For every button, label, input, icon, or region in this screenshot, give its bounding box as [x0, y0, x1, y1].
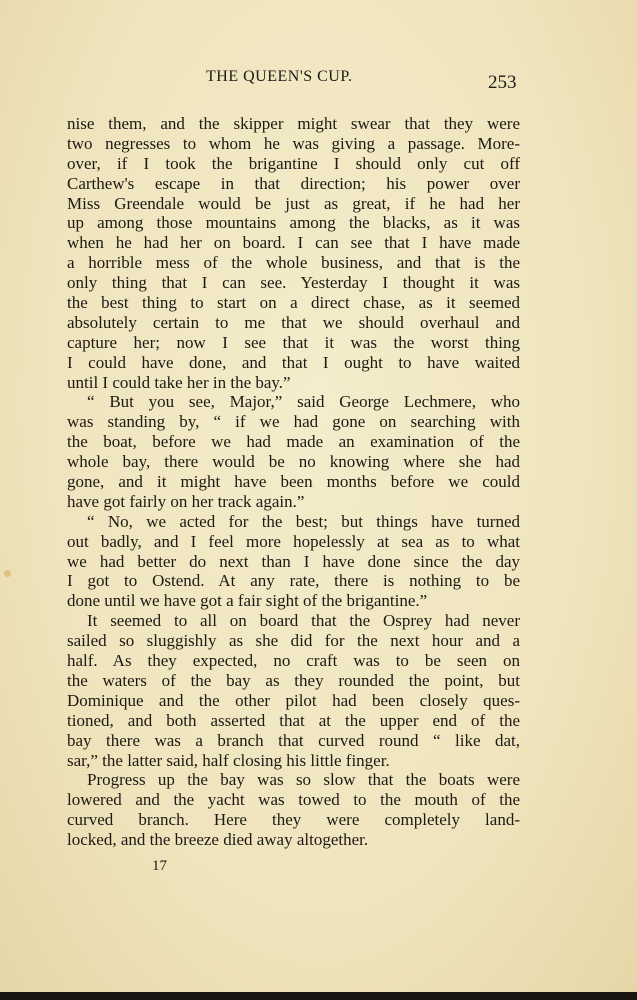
- text-line: two negresses to whom he was giving a pa…: [67, 134, 520, 154]
- text-line: sailed so sluggishly as she did for the …: [67, 631, 520, 651]
- text-line: Carthew's escape in that direction; his …: [67, 174, 520, 194]
- paper-stain: [4, 570, 11, 577]
- text-line: gone, and it might have been months befo…: [67, 472, 520, 492]
- text-line: out badly, and I feel more hopelessly at…: [67, 532, 520, 552]
- text-line: nise them, and the skipper might swear t…: [67, 114, 520, 134]
- text-line: until I could take her in the bay.”: [67, 373, 520, 393]
- text-line: have got fairly on her track again.”: [67, 492, 520, 512]
- text-line: Progress up the bay was so slow that the…: [67, 770, 520, 790]
- text-line: I got to Ostend. At any rate, there is n…: [67, 571, 520, 591]
- text-line: curved branch. Here they were completely…: [67, 810, 520, 830]
- text-line: was standing by, “ if we had gone on sea…: [67, 412, 520, 432]
- text-line: Dominique and the other pilot had been c…: [67, 691, 520, 711]
- text-line: we had better do next than I have done s…: [67, 552, 520, 572]
- text-line: the boat, before we had made an examinat…: [67, 432, 520, 452]
- text-line: tioned, and both asserted that at the up…: [67, 711, 520, 731]
- text-line: “ No, we acted for the best; but things …: [67, 512, 520, 532]
- running-head-title: THE QUEEN'S CUP.: [206, 68, 352, 86]
- text-line: Miss Greendale would be just as great, i…: [67, 194, 520, 214]
- text-line: only thing that I can see. Yesterday I t…: [67, 273, 520, 293]
- text-line: It seemed to all on board that the Ospre…: [67, 611, 520, 631]
- text-line: sar,” the latter said, half closing his …: [67, 751, 520, 771]
- running-head: THE QUEEN'S CUP. 253: [0, 68, 637, 92]
- text-line: whole bay, there would be no knowing whe…: [67, 452, 520, 472]
- text-line: done until we have got a fair sight of t…: [67, 591, 520, 611]
- text-line: when he had her on board. I can see that…: [67, 233, 520, 253]
- text-line: up among those mountains among the black…: [67, 213, 520, 233]
- body-text: nise them, and the skipper might swear t…: [67, 114, 520, 850]
- signature-mark: 17: [152, 858, 167, 875]
- text-line: the best thing to start on a direct chas…: [67, 293, 520, 313]
- text-line: locked, and the breeze died away altoget…: [67, 830, 520, 850]
- text-line: a horrible mess of the whole business, a…: [67, 253, 520, 273]
- text-line: bay there was a branch that curved round…: [67, 731, 520, 751]
- text-line: I could have done, and that I ought to h…: [67, 353, 520, 373]
- text-line: capture her; now I see that it was the w…: [67, 333, 520, 353]
- text-line: absolutely certain to me that we should …: [67, 313, 520, 333]
- text-line: lowered and the yacht was towed to the m…: [67, 790, 520, 810]
- text-line: over, if I took the brigantine I should …: [67, 154, 520, 174]
- page-number: 253: [488, 72, 517, 94]
- page-bottom-edge: [0, 992, 637, 1000]
- text-line: half. As they expected, no craft was to …: [67, 651, 520, 671]
- text-line: the waters of the bay as they rounded th…: [67, 671, 520, 691]
- text-line: “ But you see, Major,” said George Lechm…: [67, 392, 520, 412]
